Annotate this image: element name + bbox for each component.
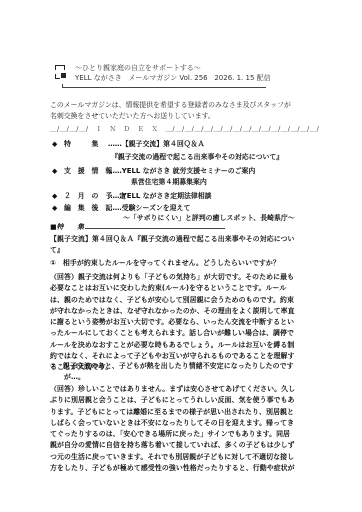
header-corner-mark [55,74,60,79]
answer-1-line: ったルールにしておくことも考えられます。話し合いが難しい場合は、調停で [50,328,318,339]
header-square-icon [61,73,66,78]
article-heading: 【親子交流】第４回Ｑ＆Ａ『親子交流の過程で起こる出来事やその対応につい て』 [50,234,318,257]
index-category-support: 支 援 情 報 [64,166,112,177]
question-1-line-1: ① 相手が約束したルールを守ってくれません。どうしたらいいですか？ [50,258,318,269]
header-divider [62,84,266,88]
index-banner: ＿/＿/＿/＿/ Ｉ Ｎ Ｄ Ｅ Ｘ ＿/＿/＿/＿/＿/＿/＿/＿/＿/＿/＿… [50,124,319,135]
index-bullet-2: ◆ [52,166,57,177]
answer-2-line: しばらく会っていないときは不安になったりしてその日を迎えます。帰ってき [50,418,318,429]
index-bullet-3: ◆ [52,191,57,202]
intro-line-1: このメールマガジンは、情報提供を希望する登録者のみなさま及びスタッフが [50,100,291,111]
answer-1-line: 必要なことはお互いに交わした約束(ルール)を守るということです。ルール [50,283,318,294]
issue-date: 2026. 1. 15 配信 [214,74,270,82]
answer-1-line: に謝るという姿勢がお互い大切です。必要なら、いったん交流を中断するとい [50,317,318,328]
answer-2-line: ぶりに別居親と会うことは、子どもにとってうれしい反面、気を使う事でもあ [50,395,318,406]
answer-2-line: てぐったりするのは、「安心できる場所に戻った」サインでもあります。同居 [50,429,318,440]
header-box-mark [55,65,65,70]
header-tagline: ～ひとり親家庭の自立をサポートする～ [75,63,201,73]
answer-2: （回答）珍しいことではありません。まずは安心させてあげてください。久し ぶりに別… [50,384,318,474]
magazine-name: メールマガジン [128,74,177,82]
article-heading-line-2: て』 [50,245,318,256]
newsletter-page: ～ひとり親家庭の自立をサポートする～ YELL ながさき メールマガジン Vol… [0,0,362,512]
section-divider [85,228,225,229]
header-title-line: YELL ながさき メールマガジン Vol. 256 2026. 1. 15 配… [75,73,271,83]
index-item-feature-1[interactable]: ……【親子交流】第４回Ｑ＆Ａ [108,139,204,150]
answer-1-line: が守れなかったときは、なぜ守れなかったのか、その理由をよく説明して率直 [50,306,318,317]
index-bullet-4: ◆ [52,203,57,214]
question-2-line-2: が…。 [50,372,318,383]
answer-1-line: は、親のためではなく、子どもが安心して別居親に会うためのものです。約束 [50,295,318,306]
article-heading-line-1: 【親子交流】第４回Ｑ＆Ａ『親子交流の過程で起こる出来事やその対応につい [50,234,318,245]
index-item-schedule-1[interactable]: ……YELL ながさき定期法律相談 [108,191,212,202]
intro-line-2: 名刺交換をさせていただいた方へお送りしています。 [50,111,215,122]
answer-1: （回答）親子交流は何よりも「子どもの気持ち」が大切です。そのために最も 必要なこ… [50,272,318,374]
index-item-feature-2[interactable]: 『親子交流の過程で起こる出来事やその対応について』 [111,152,283,163]
question-1: ① 相手が約束したルールを守ってくれません。どうしたらいいですか？ [50,258,318,269]
answer-2-line: （回答）珍しいことではありません。まずは安心させてあげてください。久し [50,384,318,395]
volume-number: Vol. 256 [179,74,207,82]
answer-1-line: （回答）親子交流は何よりも「子どもの気持ち」が大切です。そのために最も [50,272,318,283]
answer-2-line: ります。子どもにとっては離婚に至るまでの様子が思い出されたり、別居親と [50,407,318,418]
index-item-support-2[interactable]: 県営住宅第４期募集案内 [131,177,207,188]
question-2: ② 親子交流のあと、子どもが熱を出したり情緒不安定になったりしたのです が…。 [50,361,318,384]
index-item-postscript-2[interactable]: ～「サボりにくい」と評判の癒しスポット、長崎県庁～ [123,213,295,224]
answer-2-line: 方をしたり、子どもが極めて感受性の強い性格だったりすると、行動や症状が [50,463,318,474]
org-name: YELL ながさき [75,74,122,82]
index-bullet-1: ◆ [52,139,57,150]
answer-2-line: 親が自分の愛情に自信を持ち落ち着いて接していれば、多くの子どもは少しず [50,440,318,451]
answer-2-line: つ元の生活に戻っていきます。それでも別居親が子どもに対して不適切な接し [50,452,318,463]
question-2-line-1: ② 親子交流のあと、子どもが熱を出したり情緒不安定になったりしたのです [50,361,318,372]
answer-1-line: ルールを決めなおすことが必要な時もあるでしょう。ルールはお互いを縛る制 [50,340,318,351]
index-category-feature: 特 集 [64,139,98,150]
index-item-support-1[interactable]: ……YELL ながさき 就労支援セミナーのご案内 [108,166,255,177]
index-category-postscript: 編 集 後 記 [64,203,112,214]
section-marker-feature: ■特 集 [50,222,84,233]
